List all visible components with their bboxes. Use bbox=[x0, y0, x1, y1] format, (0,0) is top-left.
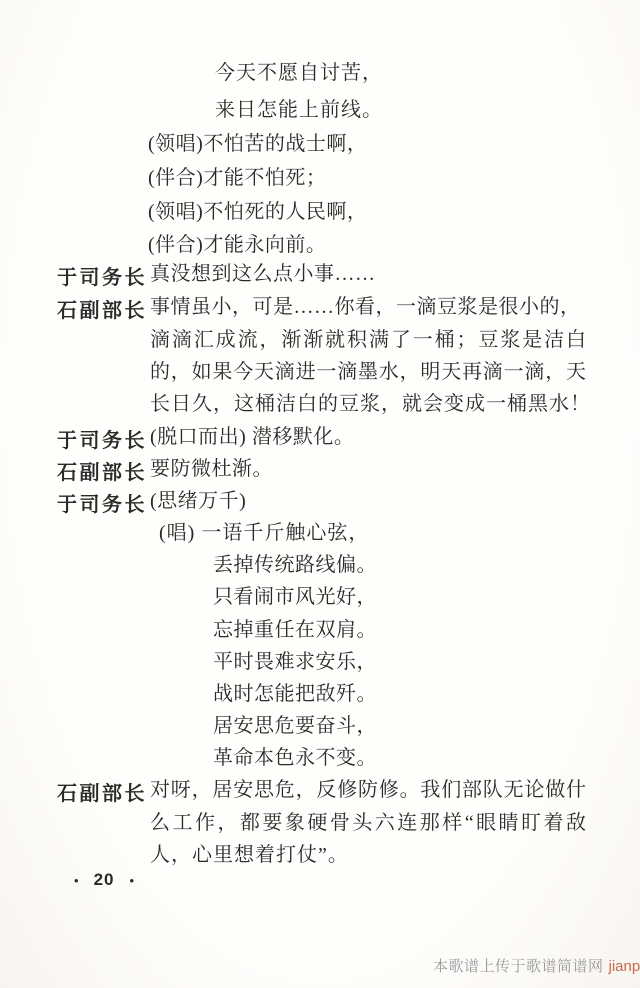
footer-left-dot: • bbox=[74, 872, 79, 889]
speaker-name: 于司务长 bbox=[57, 424, 147, 453]
dialogue-row: 石副部长 对呀，居安思危，反修防修。我们部队无论做什 bbox=[0, 777, 640, 804]
script-line: 今天不愿自讨苦， bbox=[215, 60, 383, 86]
speaker-name: 石副部长 bbox=[57, 777, 147, 806]
dialogue-row: 于司务长 真没想到这么点小事…… bbox=[0, 261, 640, 288]
dialogue-row: 于司务长 (脱口而出) 潜移默化。 bbox=[0, 424, 640, 451]
dialogue-text: (脱口而出) 潜移默化。 bbox=[150, 424, 354, 450]
script-line: 忘掉重任在双肩。 bbox=[213, 617, 377, 643]
script-line: 长日久，这桶洁白的豆浆，就会变成一桶黑水！ bbox=[150, 391, 591, 417]
script-line: 平时畏难求安乐， bbox=[213, 649, 377, 675]
dialogue-text: 事情虽小，可是……你看，一滴豆浆是很小的， bbox=[150, 294, 581, 320]
dialogue-row: 石副部长 要防微杜渐。 bbox=[0, 456, 640, 483]
watermark-site-link: jianpu.cn bbox=[609, 958, 640, 975]
script-line: 居安思危要奋斗， bbox=[213, 713, 377, 739]
watermark: 本歌谱上传于歌谱简谱网jianpu.cn bbox=[433, 957, 640, 977]
page-number: 20 bbox=[94, 870, 115, 890]
dialogue-text: 要防微杜渐。 bbox=[150, 456, 273, 482]
watermark-caption: 本歌谱上传于歌谱简谱网 bbox=[433, 958, 604, 975]
script-line: (唱) 一语千斤触心弦， bbox=[159, 520, 369, 546]
page-number-footer: • 20 • bbox=[74, 870, 134, 890]
dialogue-text: (思绪万千) bbox=[150, 488, 246, 514]
footer-right-dot: • bbox=[129, 872, 134, 889]
script-line: (伴合)才能永向前。 bbox=[148, 232, 326, 258]
script-line: 人，心里想着打仗”。 bbox=[150, 842, 349, 868]
script-line: 丢掉传统路线偏。 bbox=[213, 552, 377, 578]
dialogue-row: 于司务长 (思绪万千) bbox=[0, 488, 640, 515]
script-line: 的，如果今天滴进一滴墨水，明天再滴一滴，天 bbox=[150, 359, 586, 385]
script-line: 滴滴汇成流，渐渐就积满了一桶；豆浆是洁白 bbox=[150, 327, 586, 353]
script-line: 革命本色永不变。 bbox=[213, 745, 377, 771]
script-line: 么工作，都要象硬骨头六连那样“眼睛盯着敌 bbox=[150, 810, 586, 836]
speaker-name: 于司务长 bbox=[57, 488, 147, 517]
script-line: (伴合)才能不怕死； bbox=[148, 165, 326, 191]
script-line: 来日怎能上前线。 bbox=[215, 97, 383, 123]
scanned-page: 今天不愿自讨苦， 来日怎能上前线。 (领唱)不怕苦的战士啊， (伴合)才能不怕死… bbox=[0, 0, 640, 988]
speaker-name: 于司务长 bbox=[57, 261, 147, 290]
script-line: (领唱)不怕死的人民啊， bbox=[148, 199, 367, 225]
script-line: (领唱)不怕苦的战士啊， bbox=[148, 131, 367, 157]
speaker-name: 石副部长 bbox=[57, 456, 147, 485]
script-line: 只看闹市风光好， bbox=[213, 584, 377, 610]
dialogue-row: 石副部长 事情虽小，可是……你看，一滴豆浆是很小的， bbox=[0, 294, 640, 321]
script-line: 战时怎能把敌歼。 bbox=[213, 681, 377, 707]
dialogue-text: 对呀，居安思危，反修防修。我们部队无论做什 bbox=[150, 777, 586, 803]
dialogue-text: 真没想到这么点小事…… bbox=[150, 261, 376, 287]
speaker-name: 石副部长 bbox=[57, 294, 147, 323]
